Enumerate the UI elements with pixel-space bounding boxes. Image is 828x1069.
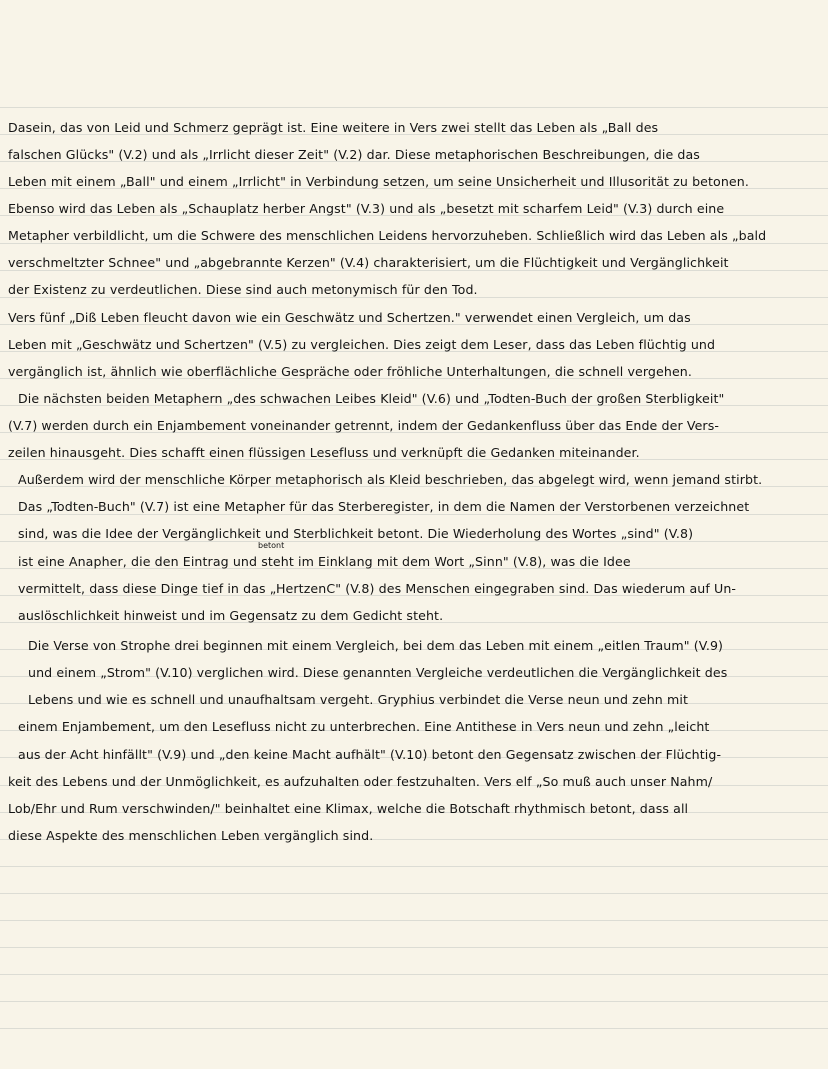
text-line: (V.7) werden durch ein Enjambement vonei…: [8, 412, 719, 439]
text-line: vermittelt, dass diese Dinge tief in das…: [18, 575, 736, 602]
text-line: Ebenso wird das Leben als „Schauplatz he…: [8, 195, 724, 222]
text-line: Leben mit einem „Ball" und einem „Irrlic…: [8, 168, 749, 195]
text-line: Vers fünf „Diß Leben fleucht davon wie e…: [8, 304, 691, 331]
ruled-line: [0, 866, 828, 867]
text-line: vergänglich ist, ähnlich wie oberflächli…: [8, 358, 692, 385]
ruled-line: [0, 893, 828, 894]
text-line: diese Aspekte des menschlichen Leben ver…: [8, 822, 373, 849]
text-line: Die nächsten beiden Metaphern „des schwa…: [18, 385, 724, 412]
text-line: ist eine Anapher, die den Eintrag und st…: [18, 548, 631, 575]
text-line: Lebens und wie es schnell und unaufhalts…: [28, 686, 688, 713]
text-line: Leben mit „Geschwätz und Schertzen" (V.5…: [8, 331, 715, 358]
text-line: sind, was die Idee der Vergänglichkeit u…: [18, 520, 693, 547]
ruled-line: [0, 920, 828, 921]
notebook-page: Dasein, das von Leid und Schmerz geprägt…: [0, 0, 828, 1069]
inserted-word: betont: [258, 542, 284, 550]
text-line: der Existenz zu verdeutlichen. Diese sin…: [8, 276, 478, 303]
text-line: aus der Acht hinfällt" (V.9) und „den ke…: [18, 741, 721, 768]
text-line: Metapher verbildlicht, um die Schwere de…: [8, 222, 766, 249]
text-line: falschen Glücks" (V.2) und als „Irrlicht…: [8, 141, 700, 168]
ruled-line: [0, 107, 828, 108]
text-line: keit des Lebens und der Unmöglichkeit, e…: [8, 768, 712, 795]
text-line: einem Enjambement, um den Lesefluss nich…: [18, 713, 709, 740]
ruled-line: [0, 1028, 828, 1029]
text-line: Die Verse von Strophe drei beginnen mit …: [28, 632, 723, 659]
text-line: Dasein, das von Leid und Schmerz geprägt…: [8, 114, 658, 141]
text-line: Lob/Ehr und Rum verschwinden/" beinhalte…: [8, 795, 688, 822]
ruled-line: [0, 947, 828, 948]
text-line: verschmeltzter Schnee" und „abgebrannte …: [8, 249, 729, 276]
text-line: und einem „Strom" (V.10) verglichen wird…: [28, 659, 727, 686]
text-line: Außerdem wird der menschliche Körper met…: [18, 466, 762, 493]
text-line: Das „Todten-Buch" (V.7) ist eine Metaphe…: [18, 493, 749, 520]
text-line: auslöschlichkeit hinweist und im Gegensa…: [18, 602, 443, 629]
text-line: zeilen hinausgeht. Dies schafft einen fl…: [8, 439, 640, 466]
ruled-line: [0, 1001, 828, 1002]
ruled-line: [0, 974, 828, 975]
